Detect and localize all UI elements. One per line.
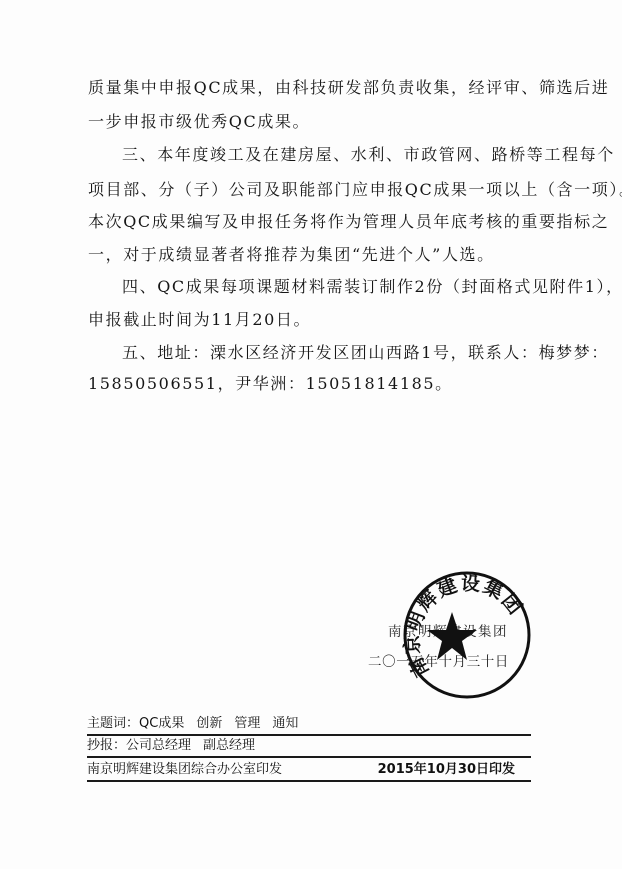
- document-page: 质量集中申报QC成果，由科技研发部负责收集，经评审、筛选后进 一步申报市级优秀Q…: [0, 0, 622, 869]
- cc-recipient-2: 副总经理: [203, 738, 255, 753]
- issue-date: 2015年10月30日印发: [378, 760, 515, 780]
- cc-label: 抄报：: [87, 738, 126, 753]
- cc-recipient-1: 公司总经理: [126, 738, 191, 753]
- paragraph-3-line-1: 三、本年度竣工及在建房屋、水利、市政管网、路桥等工程每个: [122, 145, 552, 165]
- paragraph-4-line-1: 四、QC成果每项课题材料需装订制作2份（封面格式见附件1），: [122, 277, 552, 297]
- issuer: 南京明辉建设集团综合办公室印发: [87, 762, 282, 777]
- keyword-3: 管理: [234, 716, 260, 731]
- paragraph-3-line-4: 一，对于成绩显著者将推荐为集团“先进个人”人选。: [88, 245, 518, 265]
- keyword-2: 创新: [196, 716, 222, 731]
- body-line-2: 一步申报市级优秀QC成果。: [88, 112, 518, 132]
- paragraph-3-line-3: 本次QC成果编写及申报任务将作为管理人员年底考核的重要指标之: [88, 212, 518, 232]
- keyword-1: QC成果: [139, 716, 184, 731]
- paragraph-4-line-2: 申报截止时间为11月20日。: [88, 310, 518, 330]
- keyword-4: 通知: [272, 716, 298, 731]
- issuer-row: 南京明辉建设集团综合办公室印发 2015年10月30日印发: [87, 760, 531, 782]
- paragraph-5-line-1: 五、地址：溧水区经济开发区团山西路1号，联系人：梅梦梦：: [122, 343, 552, 363]
- official-seal-icon: 南京明辉建设集团: [400, 568, 534, 702]
- subject-keywords-row: 主题词：QC成果创新管理通知: [87, 714, 531, 736]
- paragraph-5-line-2: 15850506551，尹华洲：15051814185。: [88, 374, 518, 394]
- cc-row: 抄报：公司总经理副总经理: [87, 736, 531, 758]
- body-line-1: 质量集中申报QC成果，由科技研发部负责收集，经评审、筛选后进: [88, 78, 518, 98]
- paragraph-3-line-2: 项目部、分（子）公司及职能部门应申报QC成果一项以上（含一项）。: [88, 180, 518, 200]
- subject-label: 主题词：: [87, 716, 139, 731]
